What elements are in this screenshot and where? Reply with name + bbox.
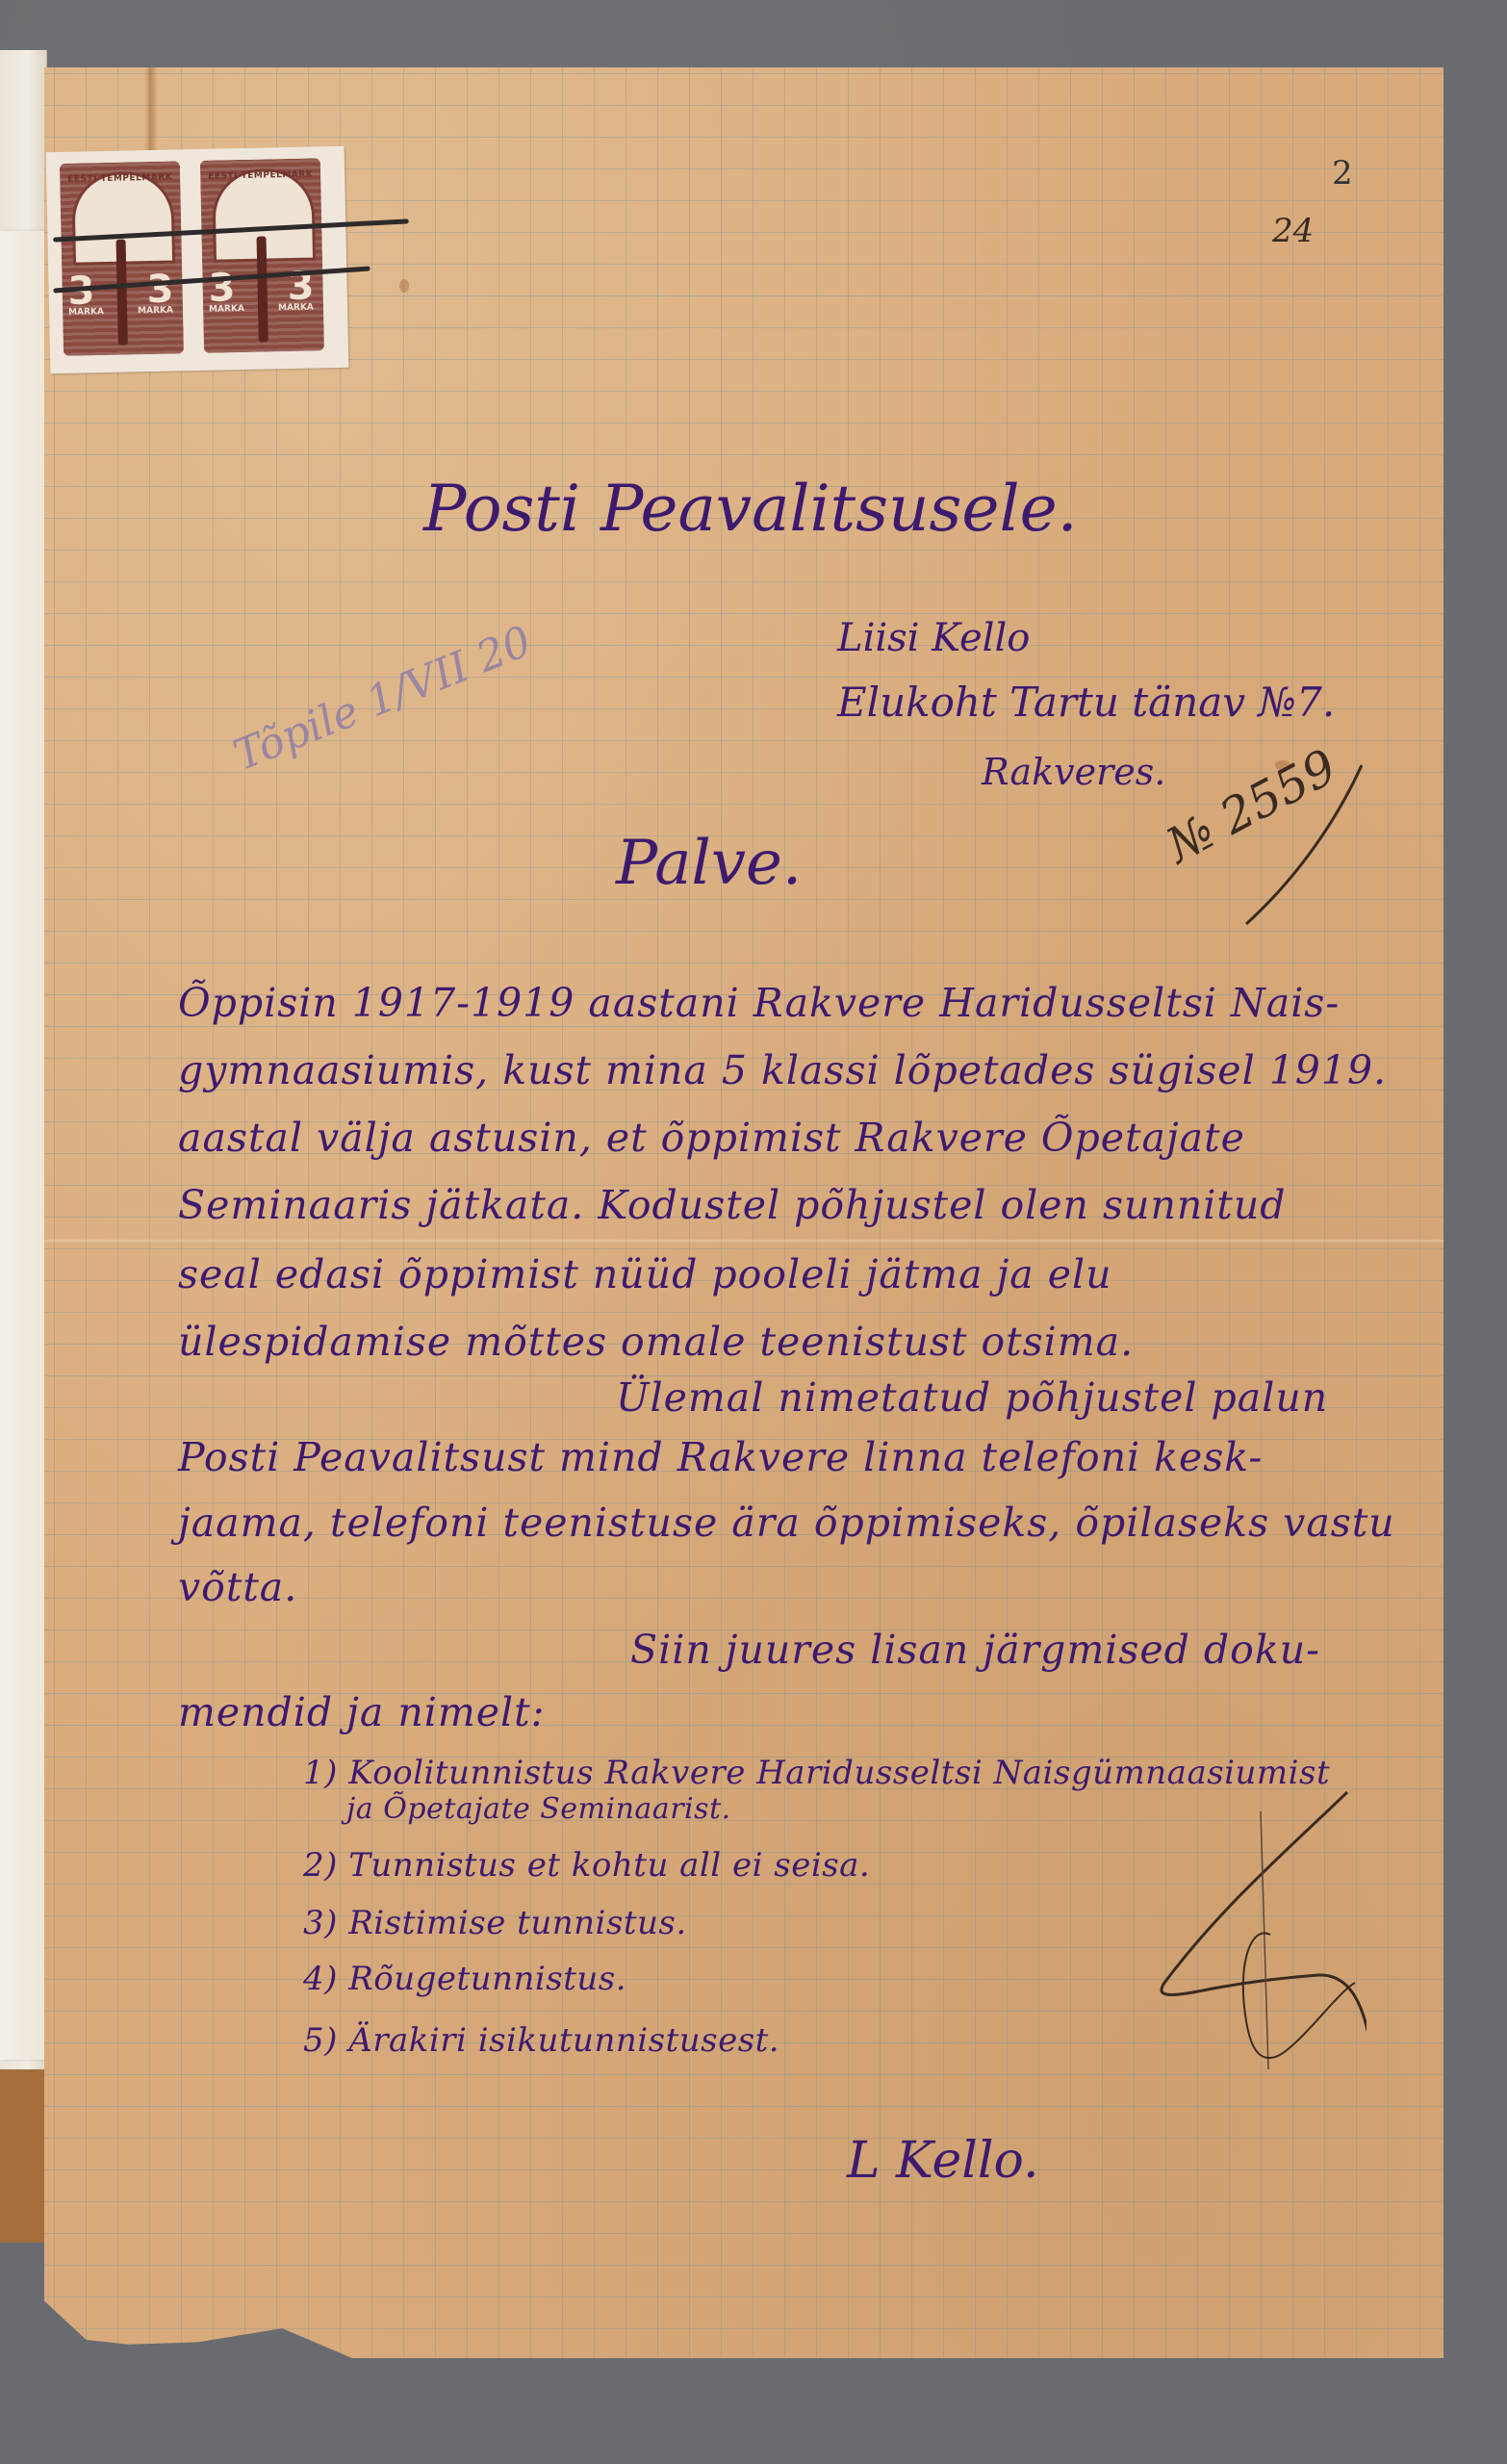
attachment-item: 3) Ristimise tunnistus. (303, 1904, 687, 1942)
stamp-unit: MARKA (68, 307, 104, 318)
underlying-page-brown (0, 2069, 48, 2243)
attachment-item: 1) Koolitunnistus Rakvere Haridusseltsi … (303, 1754, 1330, 1792)
body-line: Õppisin 1917-1919 aastani Rakvere Haridu… (178, 980, 1340, 1026)
body-line: Siin juures lisan järgmised doku- (630, 1627, 1320, 1673)
body-line: Posti Peavalitsust mind Rakvere linna te… (178, 1434, 1263, 1480)
body-line: Ülemal nimetatud põhjustel palun (616, 1374, 1328, 1421)
stamp-unit: MARKA (138, 306, 173, 317)
sender-city: Rakveres. (982, 751, 1165, 793)
revenue-stamp: EESTI TEMPELMARK 3 3 MARKA MARKA (200, 158, 324, 353)
body-line: aastal välja astusin, et õppimist Rakver… (178, 1115, 1245, 1161)
stamp-text: EESTI TEMPELMARK (60, 172, 180, 185)
revenue-stamps: EESTI TEMPELMARK 3 3 MARKA MARKA EESTI T… (46, 146, 349, 373)
body-line: gymnaasiumis, kust mina 5 klassi lõpetad… (178, 1047, 1387, 1093)
registry-strike-icon (1241, 760, 1376, 934)
official-signature-icon (1126, 1790, 1367, 2069)
body-line: jaama, telefoni teenistuse ära õppimisek… (178, 1500, 1395, 1546)
attachment-item: ja Õpetajate Seminaarist. (346, 1792, 731, 1826)
stamp-text: EESTI TEMPELMARK (200, 169, 320, 182)
stain (399, 279, 409, 293)
sender-address: Elukoht Tartu tänav №7. (837, 679, 1335, 726)
attachment-item: 2) Tunnistus et kohtu all ei seisa. (303, 1846, 870, 1885)
archive-number: 24 (1272, 212, 1314, 250)
sender-name: Liisi Kello (837, 616, 1030, 660)
body-line: mendid ja nimelt: (178, 1689, 545, 1735)
body-line: Seminaaris jätkata. Kodustel põhjustel o… (178, 1182, 1287, 1228)
body-line: ülespidamise mõttes omale teenistust ots… (178, 1319, 1134, 1365)
body-line: seal edasi õppimist nüüd pooleli jätma j… (178, 1251, 1112, 1297)
stamp-unit: MARKA (278, 302, 314, 313)
signature: L Kello. (847, 2132, 1038, 2190)
addressee: Posti Peavalitsusele. (423, 472, 1078, 546)
attachment-item: 4) Rõugetunnistus. (303, 1960, 626, 1998)
attachment-item: 5) Ärakiri isikutunnistusest. (303, 2021, 779, 2060)
document-title: Palve. (616, 828, 802, 899)
revenue-stamp: EESTI TEMPELMARK 3 3 MARKA MARKA (60, 161, 184, 356)
page-number: 2 (1332, 154, 1353, 192)
stamp-unit: MARKA (209, 304, 244, 315)
body-line: võtta. (178, 1564, 297, 1610)
fold-line (44, 1240, 1443, 1245)
